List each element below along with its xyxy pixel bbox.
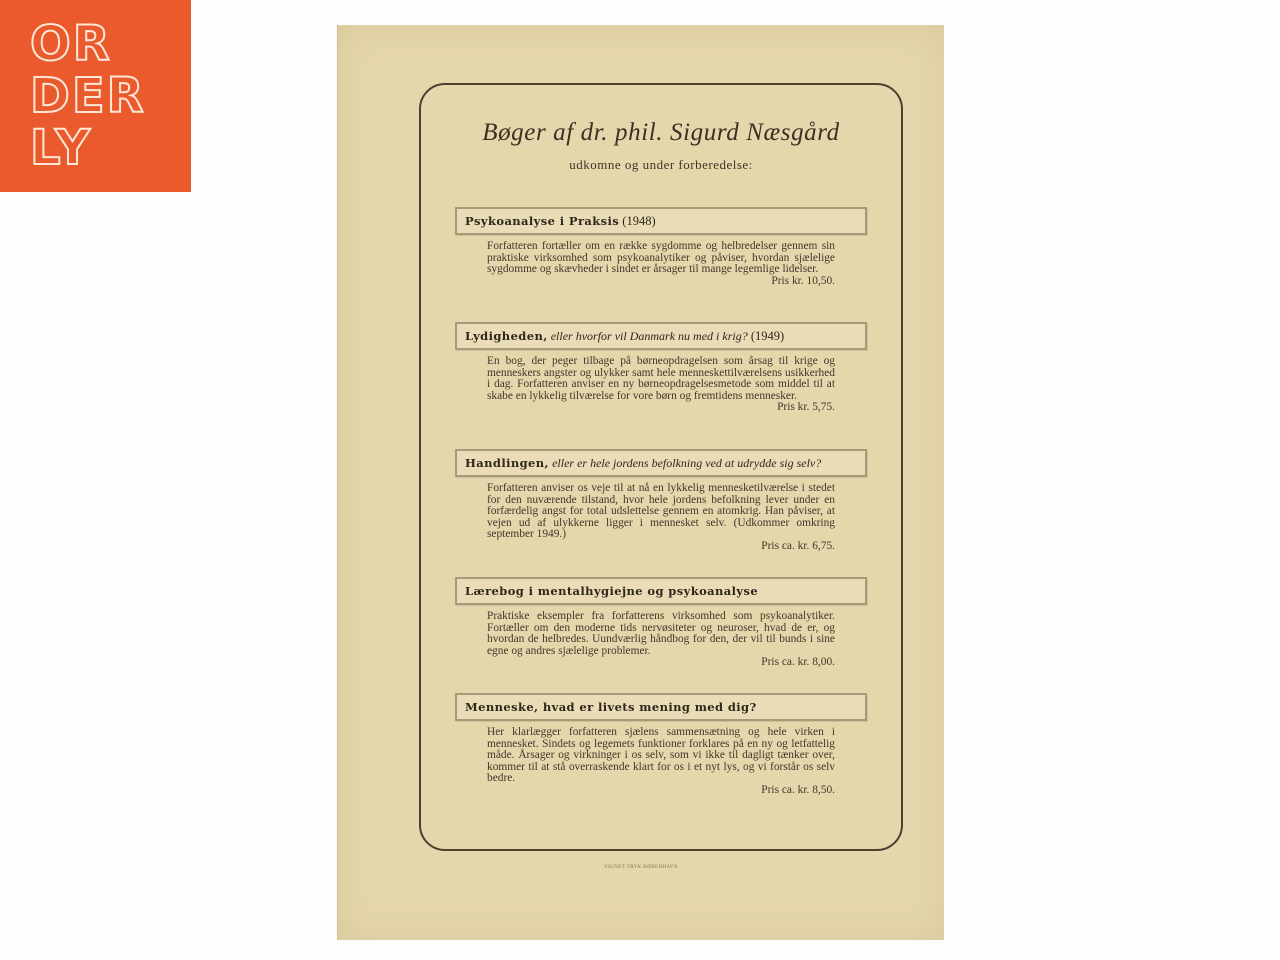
book-description: Praktiske eksempler fra forfatterens vir… xyxy=(487,611,835,657)
book-back-cover: Bøger af dr. phil. Sigurd Næsgård udkomn… xyxy=(337,25,944,940)
book-description: En bog, der peger tilbage på børneopdrag… xyxy=(487,356,835,402)
book-title: Menneske, hvad er livets mening med dig? xyxy=(465,700,757,714)
book-description: Her klarlægger forfatteren sjælens samme… xyxy=(487,727,835,785)
page-subtitle: udkomne og under forberedelse: xyxy=(421,157,901,173)
book-entry: Handlingen, eller er hele jordens befolk… xyxy=(455,449,867,552)
book-title: Psykoanalyse i Praksis xyxy=(465,214,619,228)
book-entry: Menneske, hvad er livets mening med dig?… xyxy=(455,693,867,796)
page-title: Bøger af dr. phil. Sigurd Næsgård xyxy=(421,119,901,147)
printer-imprint: VIGNET-TRYK KØBENHAVN xyxy=(338,865,944,870)
book-subtitle: eller er hele jordens befolkning ved at … xyxy=(552,456,821,470)
rounded-frame: Bøger af dr. phil. Sigurd Næsgård udkomn… xyxy=(419,83,903,851)
logo-line-2: DER xyxy=(30,70,180,122)
book-description: Forfatteren fortæller om en række sygdom… xyxy=(487,241,835,276)
book-year: (1948) xyxy=(622,214,655,228)
book-title: Lydigheden, xyxy=(465,329,548,343)
book-entry: Lærebog i mentalhygiejne og psykoanalyse… xyxy=(455,577,867,669)
book-price: Pris ca. kr. 6,75. xyxy=(455,541,835,553)
book-heading: Psykoanalyse i Praksis (1948) xyxy=(455,207,867,235)
book-price: Pris kr. 10,50. xyxy=(455,276,835,288)
book-title: Lærebog i mentalhygiejne og psykoanalyse xyxy=(465,584,758,598)
logo-line-1: OR xyxy=(30,18,180,70)
orderly-logo: OR DER LY xyxy=(0,0,191,192)
book-year: (1949) xyxy=(751,329,784,343)
book-heading: Menneske, hvad er livets mening med dig? xyxy=(455,693,867,721)
book-subtitle: eller hvorfor vil Danmark nu med i krig? xyxy=(551,329,748,343)
logo-text: OR DER LY xyxy=(30,18,180,174)
book-heading: Lydigheden, eller hvorfor vil Danmark nu… xyxy=(455,322,867,350)
book-title: Handlingen, xyxy=(465,456,549,470)
logo-line-3: LY xyxy=(30,122,180,174)
book-entry: Lydigheden, eller hvorfor vil Danmark nu… xyxy=(455,322,867,414)
book-price: Pris kr. 5,75. xyxy=(455,402,835,414)
book-price: Pris ca. kr. 8,50. xyxy=(455,785,835,797)
book-entry: Psykoanalyse i Praksis (1948) Forfattere… xyxy=(455,207,867,287)
book-price: Pris ca. kr. 8,00. xyxy=(455,657,835,669)
book-heading: Lærebog i mentalhygiejne og psykoanalyse xyxy=(455,577,867,605)
book-description: Forfatteren anviser os veje til at nå en… xyxy=(487,483,835,541)
book-heading: Handlingen, eller er hele jordens befolk… xyxy=(455,449,867,477)
